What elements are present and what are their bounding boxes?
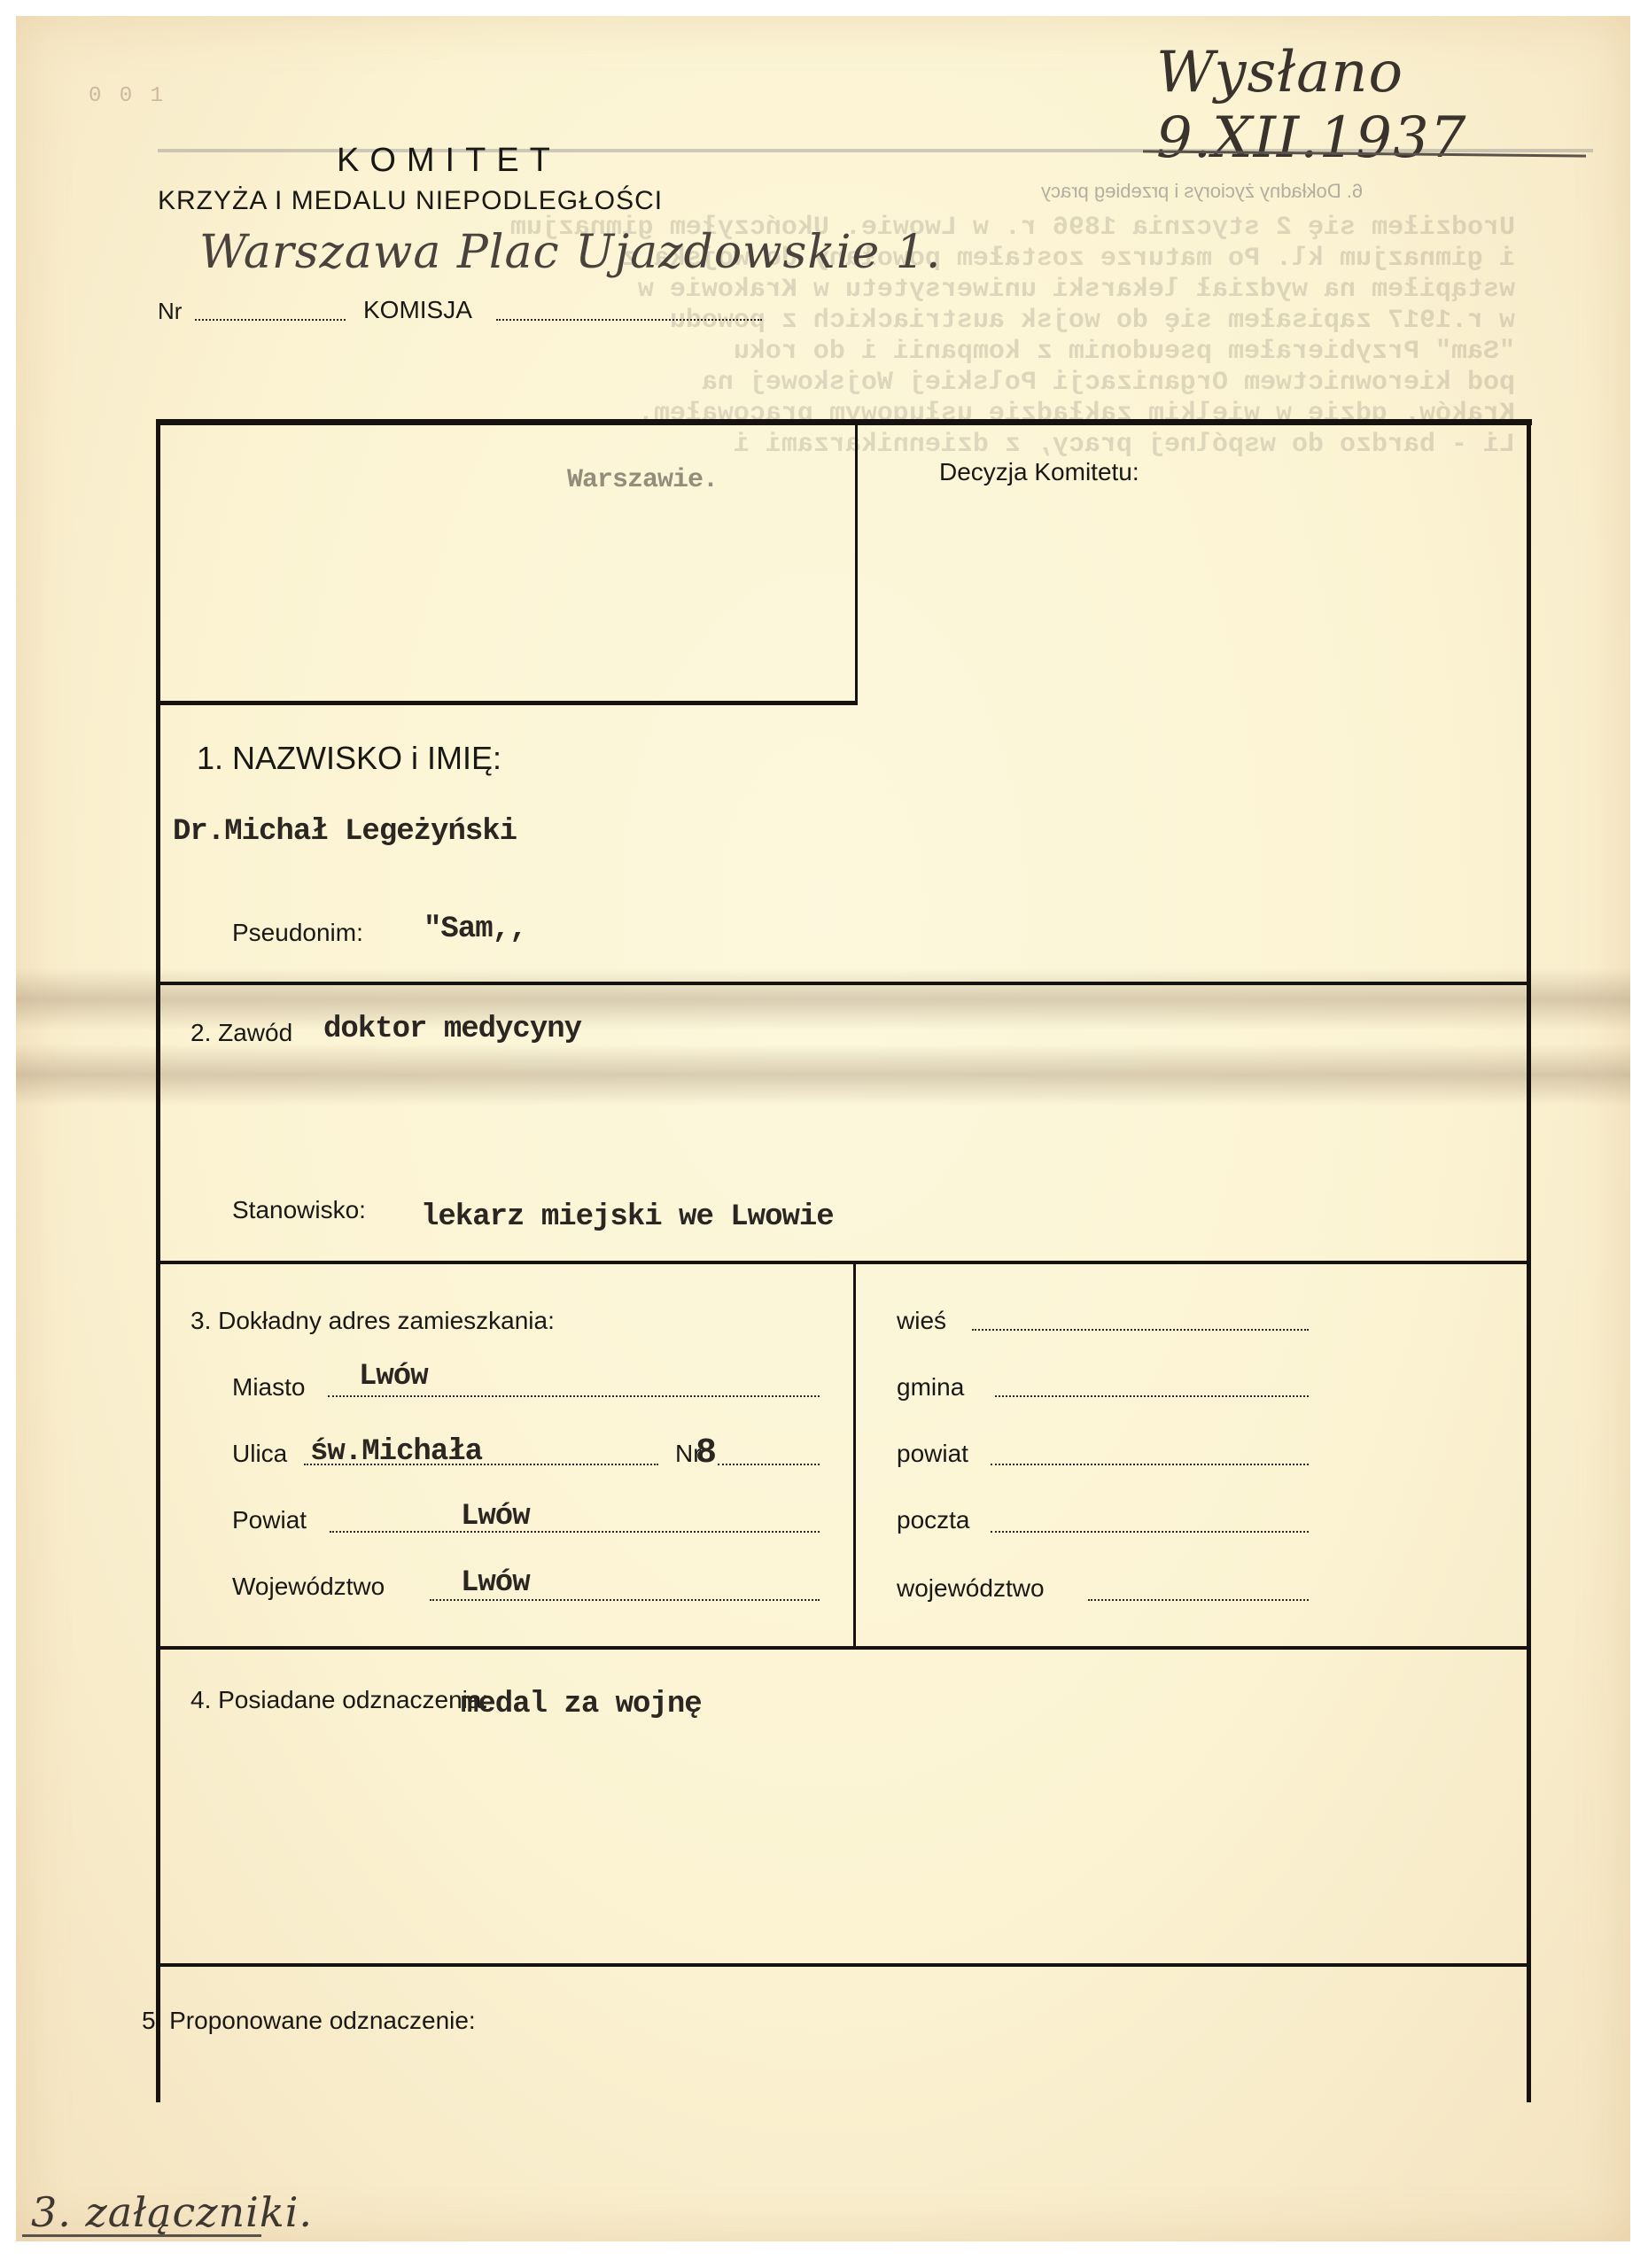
district-label: Powiat [232, 1506, 307, 1534]
header-title: KOMITET [337, 142, 561, 180]
section1-bottom [156, 982, 1531, 985]
section2-bottom [156, 1261, 1531, 1264]
header-subtitle: KRZYŻA I MEDALU NIEPODLEGŁOŚCI [158, 186, 663, 216]
top-box-divider [855, 423, 858, 705]
decision-field[interactable] [886, 514, 1506, 691]
position-label: Stanowisko: [232, 1196, 366, 1224]
commune-label: gmina [897, 1373, 964, 1402]
village-label: wieś [897, 1307, 946, 1335]
profession-value[interactable]: doktor medycyny [323, 1013, 581, 1046]
pseudonym-label: Pseudonim: [232, 919, 363, 947]
section4-bottom [156, 1963, 1531, 1967]
komisja-label: KOMISJA [363, 296, 472, 324]
nr-label: Nr [158, 298, 182, 325]
post-label: poczta [897, 1506, 970, 1534]
rural-voivodeship-field[interactable] [1088, 1599, 1309, 1601]
commune-field[interactable] [995, 1395, 1309, 1397]
nr-field[interactable] [195, 319, 346, 321]
faint-stamp: 0 0 1 [89, 84, 166, 108]
number-value[interactable]: 8 [696, 1433, 716, 1473]
section1-label: 1. NAZWISKO i IMIĘ: [197, 740, 501, 777]
street-label: Ulica [232, 1440, 287, 1468]
decision-label: Decyzja Komitetu: [939, 458, 1139, 486]
proposed-field[interactable] [177, 2047, 1506, 2100]
address-label: 3. Dokładny adres zamieszkania: [190, 1307, 555, 1335]
section3-bottom [156, 1646, 1531, 1650]
section3-divider [853, 1264, 856, 1650]
attachments-note: 3. załączniki. [31, 2188, 313, 2236]
voivodeship-field-line [430, 1599, 820, 1601]
profession-label: 2. Zawód [190, 1019, 292, 1047]
proposed-label: 5. Proponowane odznaczenie: [142, 2007, 476, 2035]
voivodeship-label: Województwo [232, 1573, 385, 1601]
komisja-field[interactable] [496, 319, 762, 321]
district-value[interactable]: Lwów [461, 1500, 530, 1534]
reverse-side-bleed-through: Urodziłem się 2 stycznia 1896 r. w Lwowi… [204, 213, 1515, 2117]
reverse-heading: 6. Dokładny życiorys i przebieg pracy [1041, 180, 1363, 203]
number-field-line [718, 1464, 820, 1465]
handwritten-address: Warszawa Plac Ujazdowskie 1. [199, 226, 941, 279]
street-field-line [304, 1464, 658, 1465]
top-box-bottom [156, 701, 858, 705]
stamp-text: Warszawie. [567, 465, 718, 495]
pseudonym-value[interactable]: "Sam,, [424, 913, 526, 946]
position-value[interactable]: lekarz miejski we Lwowie [421, 1200, 834, 1234]
decorations-value[interactable]: medal za wojnę [461, 1688, 702, 1721]
post-field[interactable] [991, 1531, 1309, 1533]
rural-district-field[interactable] [991, 1464, 1309, 1465]
rural-district-label: powiat [897, 1440, 968, 1468]
district-field-line [330, 1531, 820, 1533]
village-field[interactable] [972, 1329, 1309, 1331]
city-label: Miasto [232, 1373, 305, 1402]
city-field-line [328, 1395, 820, 1397]
city-value[interactable]: Lwów [359, 1360, 428, 1394]
form-top-border [156, 419, 1532, 425]
decorations-label: 4. Posiadane odznaczenia: [190, 1686, 488, 1714]
voivodeship-value[interactable]: Lwów [461, 1566, 530, 1600]
rural-voivodeship-label: województwo [897, 1574, 1045, 1603]
attachments-underline [22, 2234, 261, 2237]
name-value[interactable]: Dr.Michał Legeżyński [173, 815, 517, 849]
